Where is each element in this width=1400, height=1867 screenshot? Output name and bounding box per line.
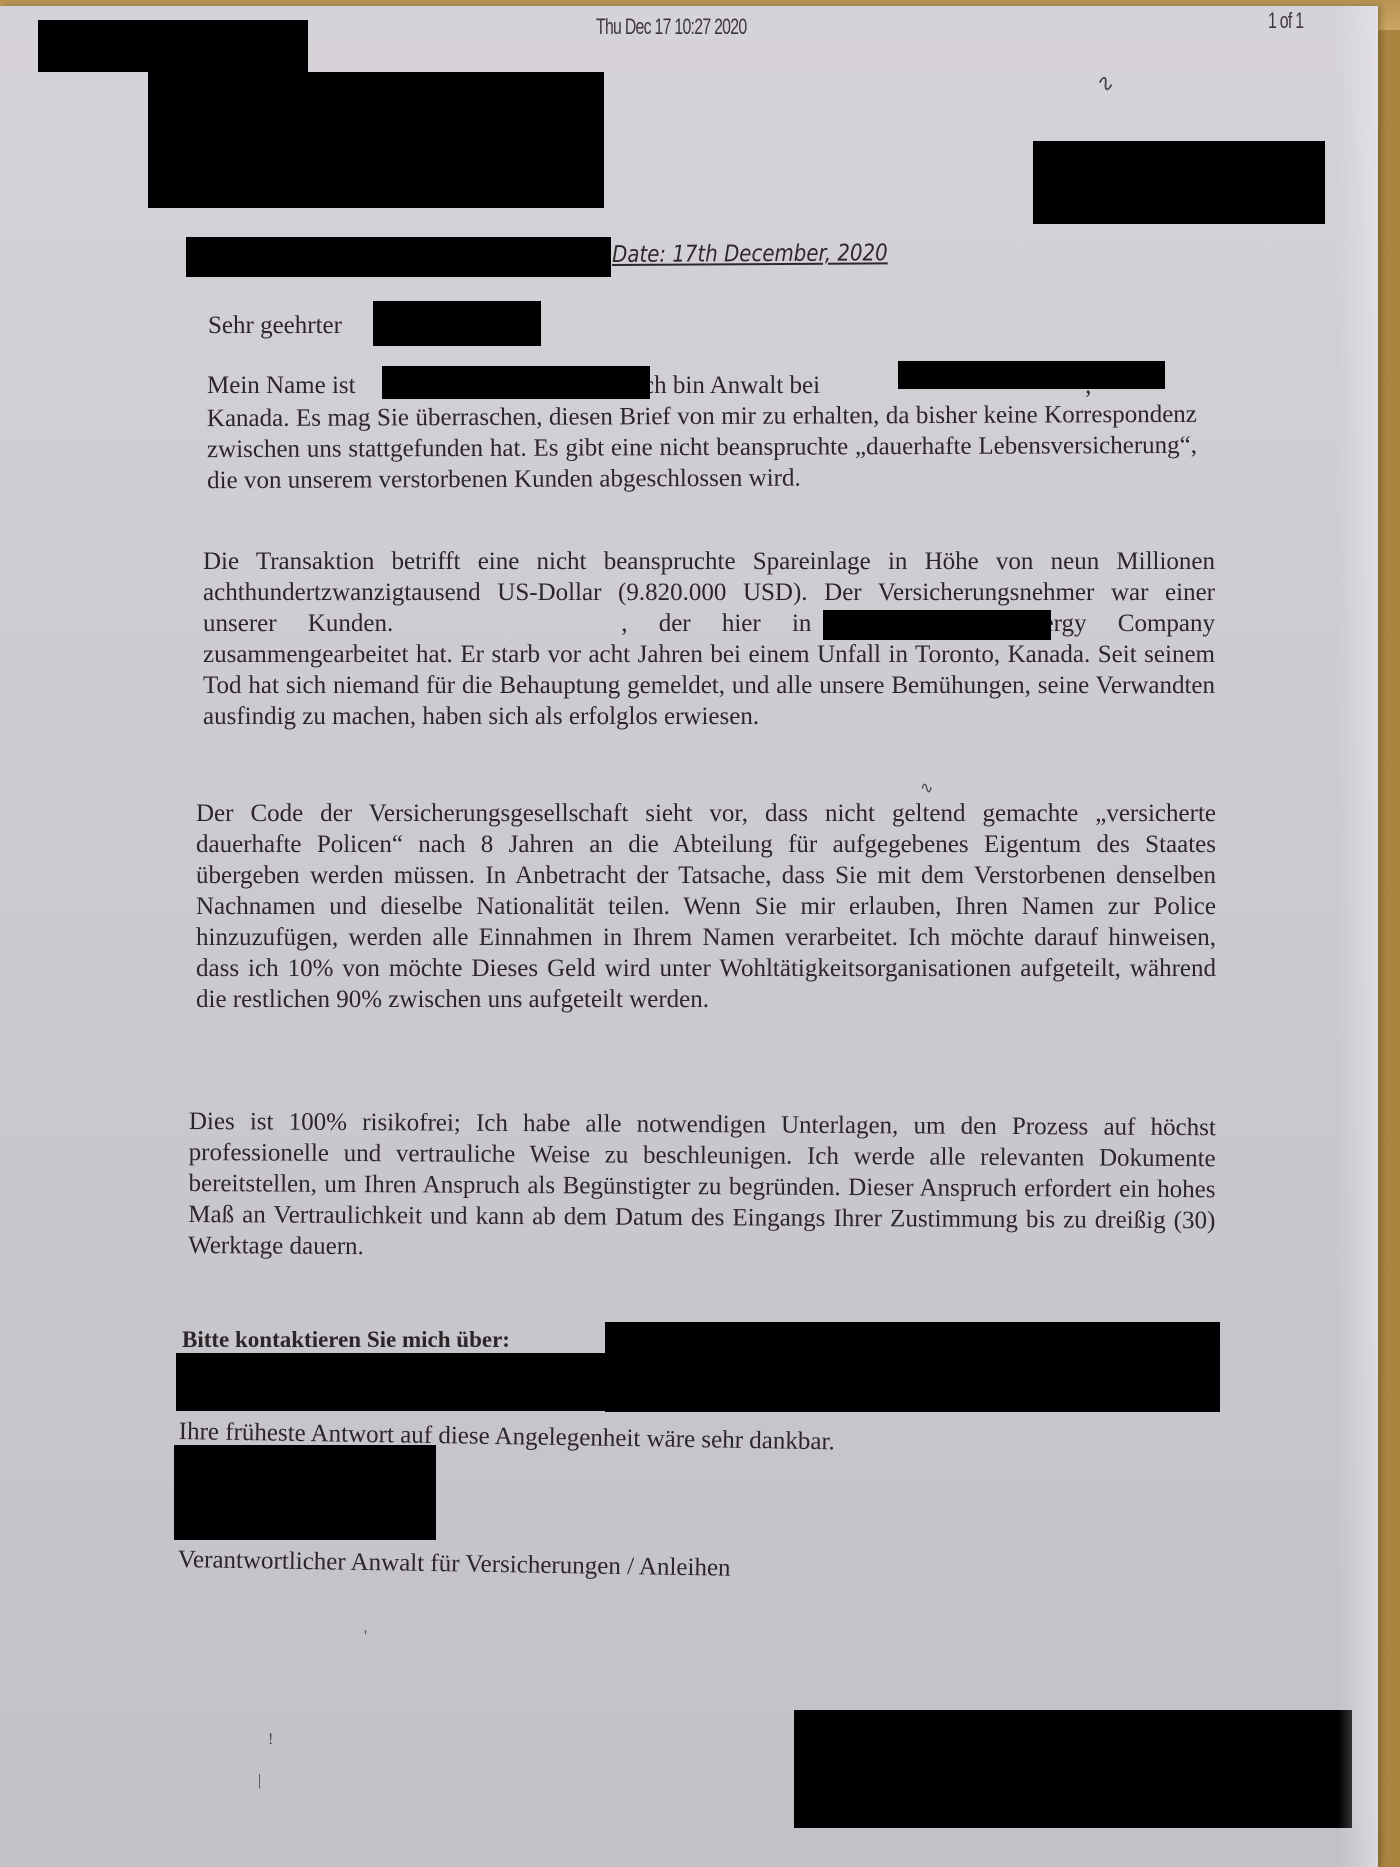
paragraph-transaction: Die Transaktion betrifft eine nicht bean…: [203, 546, 1215, 732]
salutation: Sehr geehrter: [208, 310, 342, 341]
redacted-recipient-name: [373, 301, 541, 346]
redacted-sender-name: [38, 20, 308, 72]
intro-body: Kanada. Es mag Sie überraschen, diesen B…: [207, 399, 1197, 496]
signature-title: Verantwortlicher Anwalt für Versicherung…: [178, 1544, 731, 1584]
redacted-lawyer-name: [382, 366, 650, 399]
letter-page: Thu Dec 17 10:27 2020 1 of 1 ∿ Date: 17t…: [0, 6, 1378, 1867]
ink-speck: !: [268, 1731, 273, 1749]
print-timestamp: Thu Dec 17 10:27 2020: [596, 14, 746, 40]
redacted-deceased-name: [823, 610, 1051, 640]
letter-date: Date: 17th December, 2020: [612, 240, 888, 268]
page-indicator: 1 of 1: [1268, 8, 1303, 34]
redacted-recipient-block: [1033, 141, 1325, 224]
redacted-reference: [186, 237, 611, 277]
contact-label: Bitte kontaktieren Sie mich über:: [182, 1324, 510, 1355]
ink-speck: ∿: [920, 778, 933, 798]
redacted-contact-details-2: [176, 1353, 608, 1411]
ink-smudge: ∿: [1092, 68, 1154, 114]
paragraph-risk: Dies ist 100% risikofrei; Ich habe alle …: [188, 1106, 1216, 1267]
redacted-contact-details: [605, 1322, 1220, 1412]
redacted-signature: [174, 1445, 436, 1540]
redacted-law-firm: [898, 361, 1165, 389]
ink-speck: ': [364, 1628, 367, 1646]
ink-speck: |: [258, 1772, 261, 1790]
salutation-text: Sehr geehrter: [208, 312, 342, 339]
paragraph-code: Der Code der Versicherungsgesellschaft s…: [196, 798, 1216, 1015]
redacted-sender-address: [148, 72, 604, 208]
intro-line-start: Mein Name ist: [207, 372, 356, 399]
redacted-footer: [794, 1710, 1352, 1828]
intro-line-mid: , ich bin Anwalt bei: [624, 372, 821, 399]
